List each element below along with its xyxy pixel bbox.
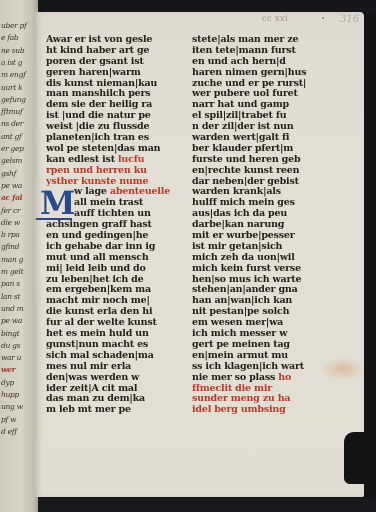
left-page-line: lan st xyxy=(1,293,20,301)
left-page-line: d eff xyxy=(1,428,17,436)
left-page-line: m engf xyxy=(1,71,26,79)
text-line: en|mein armut mu xyxy=(192,350,320,361)
left-page-line: ns der xyxy=(1,120,23,128)
text-line: hen|so mus ich warte xyxy=(192,274,320,285)
left-page-line: a ist g xyxy=(1,59,22,67)
left-page-line: ne sub xyxy=(1,47,24,55)
rubric-text: lucfu xyxy=(118,154,144,165)
text-line: haren nimen gern|hus xyxy=(192,67,320,78)
text-line: sich mal schaden|ma xyxy=(46,350,172,361)
text-line: het es mein huld un xyxy=(46,328,172,339)
text-line: furste und heren geb xyxy=(192,154,320,165)
text-line: han an|wan|ich kan xyxy=(192,295,320,306)
text-line: mes nul mir erla xyxy=(46,361,172,372)
text-line: iten tete|mann furst xyxy=(192,45,320,56)
text-line: poren der gsant ist xyxy=(46,56,172,67)
left-page-line: wer xyxy=(1,366,15,374)
text-line: dar neben|der gebist xyxy=(192,176,320,187)
decorated-initial: M xyxy=(40,188,66,218)
left-page-line: er gep xyxy=(1,145,24,153)
text-line: ider zeit|A cit mal xyxy=(46,383,172,394)
header-mark: cc xxi xyxy=(262,14,288,23)
left-page-line: pan s xyxy=(1,280,20,288)
text-line: ber klauder pfert|m xyxy=(192,143,320,154)
text-line: wer pubere uol furet xyxy=(192,88,320,99)
text-line: mi| leid leib und do xyxy=(46,263,172,274)
left-page-line: ac fal xyxy=(1,194,22,202)
text-line: dem sie der heilig ra xyxy=(46,99,172,110)
text-line: ich gehabe dar inn ig xyxy=(46,241,172,252)
text-line: dis kunst nieman|kau xyxy=(46,78,172,89)
folio-number: 316 xyxy=(340,14,359,25)
text-line: ffmeclit die mir xyxy=(192,383,320,394)
text-line: ich mich messer w xyxy=(192,328,320,339)
text-line: ss ich klagen|ich wart xyxy=(192,361,320,372)
text-line: rpen und herren ku xyxy=(46,165,172,176)
text-line: gert pe meinen tag xyxy=(192,339,320,350)
page-stain xyxy=(322,358,364,380)
text-line: zuche und er pe rurst| xyxy=(192,78,320,89)
text-line: en und ach hern|d xyxy=(192,56,320,67)
text-line: den|was werden w xyxy=(46,372,172,383)
text-line: mut und all mensch xyxy=(46,252,172,263)
left-page-line: gshf xyxy=(1,170,16,178)
text-line: ist mir getan|sich xyxy=(192,241,320,252)
rubric-text: abenteuelle xyxy=(110,186,170,197)
text-line: en und gedingen|he xyxy=(46,230,172,241)
text-line: weist |die zu flussde xyxy=(46,121,172,132)
left-page-line: ung w xyxy=(1,403,23,411)
left-page-line: uber pf xyxy=(1,22,27,30)
left-page-line: pe wa xyxy=(1,317,22,325)
background-bottom xyxy=(0,498,376,512)
text-line: geren haren|warm xyxy=(46,67,172,78)
left-page-line: bingt xyxy=(1,330,19,338)
text-line: aus|das ich da peu xyxy=(192,208,320,219)
text-line: gunst|nun macht es xyxy=(46,339,172,350)
left-page-line: gelsm xyxy=(1,157,22,165)
left-page-line: ant gf xyxy=(1,133,21,141)
text-line: wol pe steten|das man xyxy=(46,143,172,154)
text-line: man manshilch pers xyxy=(46,88,172,99)
text-line: warden wert|galt fi xyxy=(192,132,320,143)
text-line: nit pestan|pe solch xyxy=(192,306,320,317)
text-line: zu leben|het ich de xyxy=(46,274,172,285)
rubric-text: ho xyxy=(278,372,291,383)
text-line: planeten|ich tran es xyxy=(46,132,172,143)
left-page-line: und m xyxy=(1,305,23,313)
text-line: ist |und die natur pe xyxy=(46,110,172,121)
text-column-left: Awar er ist von gesleht kind haber art g… xyxy=(46,34,172,415)
initial-flourish xyxy=(36,218,72,220)
text-line: macht mir noch me| xyxy=(46,295,172,306)
left-page-line: pe wa xyxy=(1,182,22,190)
text-line: idel berg umbsing xyxy=(192,404,320,415)
left-page-line: fftmuf xyxy=(1,108,22,116)
text-line: Awar er ist von gesle xyxy=(46,34,172,45)
left-page-line: m gelt xyxy=(1,268,23,276)
text-line: warden krank|als xyxy=(192,186,320,197)
text-line: mich kein furst verse xyxy=(192,263,320,274)
text-line: sunder meng zu ha xyxy=(192,393,320,404)
left-page-line: fer cr xyxy=(1,207,20,215)
left-page-line: du gs xyxy=(1,342,20,350)
text-line: das man zu dem|ka xyxy=(46,393,172,404)
left-page-line: die w xyxy=(1,219,20,227)
left-page-fragment: uber pfe fabne suba ist gm engfuurt kgef… xyxy=(0,0,38,512)
left-page-line: man g xyxy=(1,256,23,264)
text-column-right: stete|als man mer zeiten tete|mann furst… xyxy=(192,34,320,415)
text-line: el spil|zil|trabet fu xyxy=(192,110,320,121)
text-line: nie mer so plass ho xyxy=(192,372,320,383)
left-page-line: hupp xyxy=(1,391,19,399)
text-line: mit er wurbe|pesser xyxy=(192,230,320,241)
left-page-line: b rpa xyxy=(1,231,20,239)
text-line: em ergeben|kem ma xyxy=(46,284,172,295)
text-line: n der zil|der ist nun xyxy=(192,121,320,132)
left-page-line: pf w xyxy=(1,416,16,424)
text-line: ht kind haber art ge xyxy=(46,45,172,56)
text-line: narr hat und gamp xyxy=(192,99,320,110)
left-page-line: dyp xyxy=(1,379,14,387)
text-line: fur al der welte kunst xyxy=(46,317,172,328)
text-line: en|rechte kunst reen xyxy=(192,165,320,176)
left-page-line: uurt k xyxy=(1,84,22,92)
page-damage xyxy=(344,432,368,484)
text-line: hulff mich mein ges xyxy=(192,197,320,208)
text-line: kan edlest ist lucfu xyxy=(46,154,172,165)
left-page-line: war u xyxy=(1,354,21,362)
text-line: die kunst erla den hi xyxy=(46,306,172,317)
text-line: em wesen mer|wa xyxy=(192,317,320,328)
text-line: darbe|kan narung xyxy=(192,219,320,230)
text-line: stehen|an|ander gna xyxy=(192,284,320,295)
text-line: m leb mt mer pe xyxy=(46,404,172,415)
left-page-line: gefung xyxy=(1,96,26,104)
page-mark xyxy=(322,17,324,19)
left-page-line: e fab xyxy=(1,34,18,42)
text-line: stete|als man mer ze xyxy=(192,34,320,45)
left-page-line: gfind xyxy=(1,243,19,251)
text-line: mich zeh da uon|wil xyxy=(192,252,320,263)
